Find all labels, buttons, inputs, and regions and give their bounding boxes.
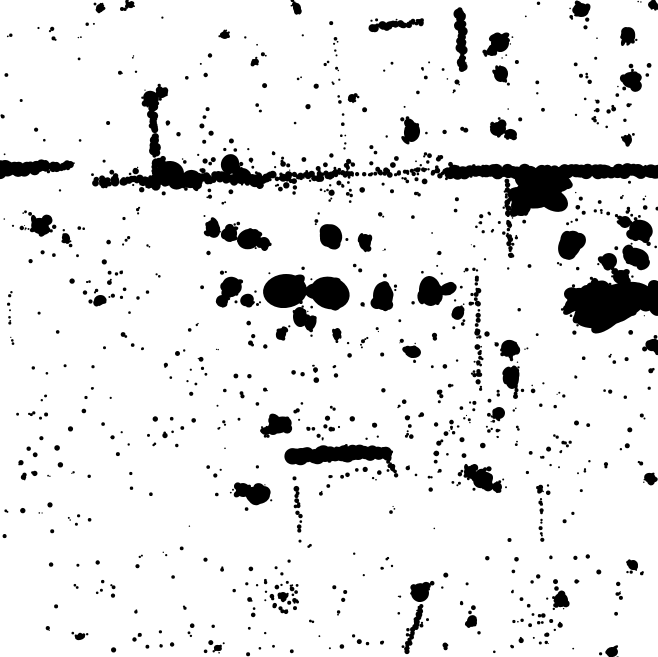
texture-canvas (0, 0, 658, 657)
grunge-texture-image (0, 0, 658, 657)
